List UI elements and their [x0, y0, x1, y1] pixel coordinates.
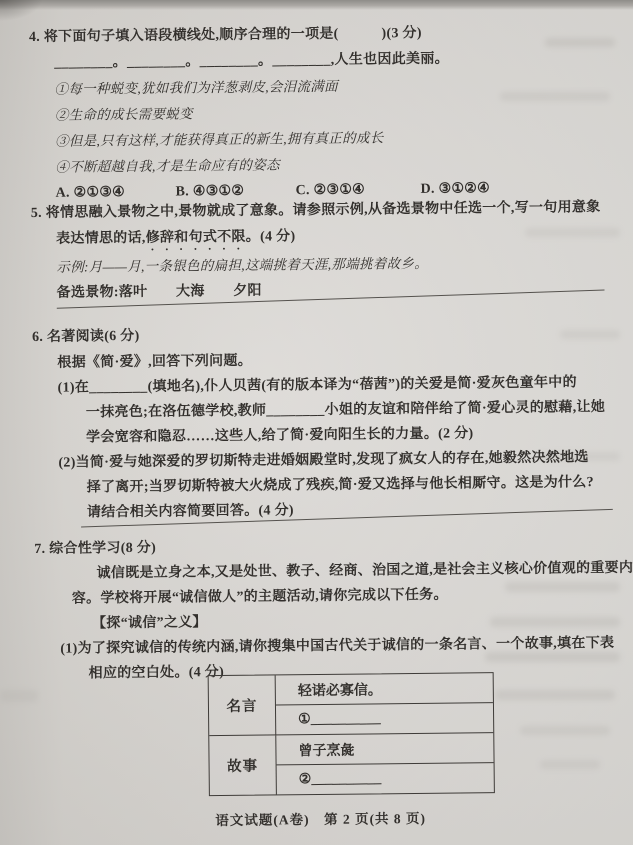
mingyan-given: 轻诺必寡信。 — [276, 673, 493, 705]
row-label-mingyan: 名言 — [209, 675, 277, 735]
row-label-gushi: 故事 — [209, 735, 277, 795]
chengxin-table: 名言 轻诺必寡信。 ①__________ 故事 曾子烹彘 ②_________… — [208, 672, 495, 796]
table-row-gushi: 故事 曾子烹彘 ②__________ — [209, 732, 494, 795]
gushi-given: 曾子烹彘 — [276, 733, 493, 765]
question-5: 5. 将情思融入景物之中,景物就成了意象。请参照示例,从备选景物中任选一个,写一… — [0, 195, 632, 308]
page-footer: 语文试题(A卷) 第 2 页(共 8 页) — [4, 805, 633, 832]
exam-paper-photo: 4. 将下面句子填入语段横线处,顺序合理的一项是( )(3 分) _______… — [0, 0, 633, 845]
question-7: 7. 综合性学习(8 分) 诚信既是立身之本,又是处世、教子、经商、治国之道,是… — [1, 531, 633, 688]
question-4: 4. 将下面句子填入语段横线处,顺序合理的一项是( )(3 分) _______… — [0, 19, 631, 208]
mingyan-blank: ①__________ — [276, 703, 493, 734]
q5-emphasized-text: 修辞和句式不限 — [146, 230, 246, 246]
question-6: 6. 名著阅读(6 分) 根据《简·爱》,回答下列问题。 (1)在_______… — [0, 319, 633, 527]
page-content: 4. 将下面句子填入语段横线处,顺序合理的一项是( )(3 分) _______… — [0, 0, 633, 845]
gushi-blank: ②__________ — [277, 763, 494, 794]
table-row-mingyan: 名言 轻诺必寡信。 ①__________ — [209, 673, 494, 735]
